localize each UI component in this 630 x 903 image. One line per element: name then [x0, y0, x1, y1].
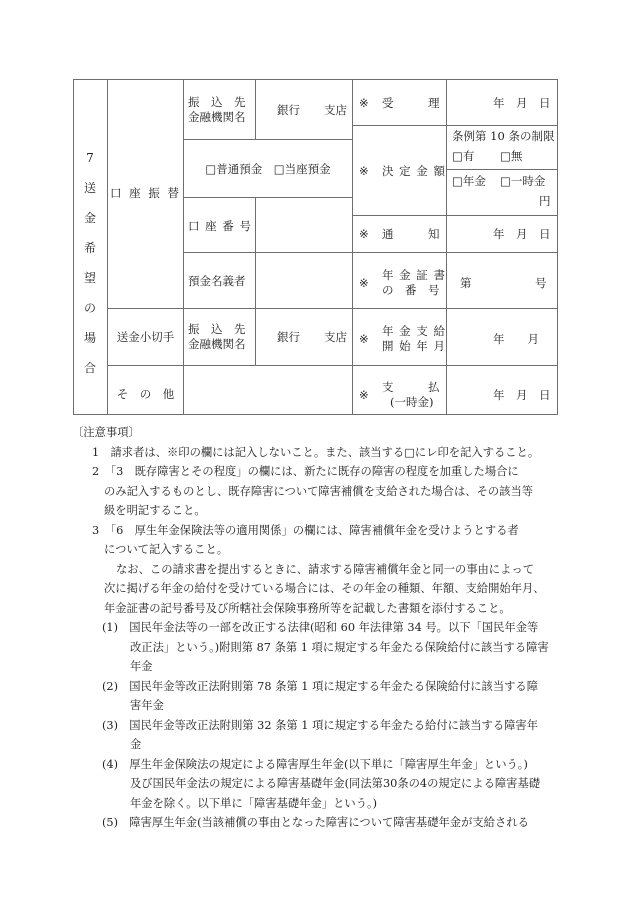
shikyu-date-field[interactable]: 年 月 — [493, 332, 539, 346]
juri-date-field[interactable]: 年 月 日 — [493, 96, 551, 110]
label-char: 合 — [80, 353, 100, 383]
koza-furikae-label: 口 座 振 替 — [108, 186, 183, 200]
label-char: の — [80, 293, 100, 323]
kogitte-shiten-label: 支店 — [324, 330, 347, 344]
note-line: について記入すること。 — [78, 540, 558, 560]
row-divider — [352, 365, 558, 366]
note-line: (5) 障害厚生年金(当該補償の事由となった障害について障害基礎年金が支給される — [78, 813, 558, 833]
row-divider — [352, 308, 558, 309]
table-border-bottom — [73, 414, 558, 415]
notes-heading: 〔注意事項〕 — [72, 423, 558, 443]
sonota-label: そ の 他 — [108, 387, 183, 401]
col-divider — [255, 79, 256, 139]
shosho-bango-line1: 年 金 証 書 — [382, 268, 446, 282]
kettei-kingaku-label: 決 定 金 額 — [382, 164, 446, 178]
nashi-checkbox[interactable]: □無 — [500, 149, 522, 163]
document-page: 7 送 金 希 望 の 場 合 口 座 振 替 送金小切手 そ の 他 振 込 … — [0, 0, 630, 903]
note-line: 2 「3 既存障害とその程度」の欄には、新たに既存の障害の程度を加重した場合に — [78, 462, 558, 482]
label-char: 望 — [80, 263, 100, 293]
shiharai-line1: 支 払 — [382, 380, 440, 394]
shiharai-line2: (一時金) — [390, 395, 433, 409]
note-line: (2) 国民年金等改正法附則第 78 条第 1 項に規定する年金たる保険給付に該… — [78, 677, 558, 697]
row-divider — [352, 215, 558, 216]
row-divider — [352, 252, 558, 253]
note-line: 年金を除く。以下単に「障害基礎年金」という。) — [78, 794, 558, 814]
note-line: 級を明記すること。 — [78, 501, 558, 521]
nenkin-checkbox[interactable]: □年金 — [452, 174, 486, 188]
mark-icon: ※ — [359, 96, 369, 110]
jorei-seigen-label: 条例第 10 条の制限 — [452, 129, 554, 143]
section-7-label: 7 送 金 希 望 の 場 合 — [80, 143, 100, 383]
table-border-left — [73, 79, 74, 415]
label-char: 送 — [80, 173, 100, 203]
label-char: 7 — [80, 143, 100, 173]
kogitte-furikomisaki-line2: 金融機関名 — [188, 337, 246, 351]
yen-label: 円 — [539, 194, 551, 208]
shiharai-date-field[interactable]: 年 月 日 — [493, 388, 551, 402]
note-line: (4) 厚生年金保険法の規定による障害厚生年金(以下単に「障害厚生年金」という。… — [78, 755, 558, 775]
note-line: 及び国民年金法の規定による障害基礎年金(同法第30条の4の規定による障害基礎 — [78, 774, 558, 794]
yokin-meigi-label: 預金名義者 — [188, 274, 246, 288]
ichijikin-checkbox[interactable]: □一時金 — [500, 174, 545, 188]
yokin-type-checkboxes[interactable]: □普通預金 □当座預金 — [184, 162, 352, 176]
row-divider — [107, 308, 353, 309]
note-line: 3 「6 厚生年金保険法等の適用関係」の欄には、障害補償年金を受けようとする者 — [78, 521, 558, 541]
note-line: 金 — [78, 735, 558, 755]
shikyu-kaishi-line2: 開 始 年 月 — [382, 339, 446, 353]
shiten-label: 支店 — [324, 103, 347, 117]
dai-label: 第 — [460, 276, 472, 290]
mark-icon: ※ — [359, 276, 369, 290]
furikomisaki-label-line1: 振 込 先 — [188, 95, 246, 109]
yokin-meigi-field[interactable] — [256, 253, 352, 308]
tsuchi-date-field[interactable]: 年 月 日 — [493, 227, 551, 241]
mark-icon: ※ — [359, 164, 369, 178]
koza-bango-field[interactable] — [256, 198, 352, 252]
kogitte-ginko-label: 銀行 — [277, 330, 300, 344]
mark-icon: ※ — [359, 227, 369, 241]
note-line: 害年金 — [78, 696, 558, 716]
row-divider — [446, 169, 558, 170]
note-line: 年金証書の記号番号及び所轄社会保険事務所等を記載した書類を添付すること。 — [78, 599, 558, 619]
note-line: なお、この請求書を提出するときに、請求する障害補償年金と同一の事由によって — [78, 560, 558, 580]
sonota-field[interactable] — [184, 366, 352, 414]
label-char: 場 — [80, 323, 100, 353]
koza-bango-label: 口 座 番 号 — [188, 219, 252, 233]
note-line: のみ記入するものとし、既存障害について障害補償を支給された場合は、その該当等 — [78, 482, 558, 502]
label-char: 希 — [80, 233, 100, 263]
ari-checkbox[interactable]: □有 — [452, 149, 474, 163]
go-label: 号 — [535, 276, 547, 290]
juri-label: 受 理 — [382, 96, 440, 110]
shosho-bango-line2: の 番 号 — [382, 283, 440, 297]
row-divider — [183, 139, 353, 140]
kogitte-furikomisaki-line1: 振 込 先 — [188, 322, 246, 336]
note-line: (1) 国民年金法等の一部を改正する法律(昭和 60 年法律第 34 号。以下「… — [78, 618, 558, 638]
shikyu-kaishi-line1: 年 金 支 給 — [382, 324, 446, 338]
label-char: 金 — [80, 203, 100, 233]
sokin-kogitte-label: 送金小切手 — [108, 330, 183, 344]
mark-icon: ※ — [359, 388, 369, 402]
note-line: 年金 — [78, 657, 558, 677]
tsuchi-label: 通 知 — [382, 227, 440, 241]
furikomisaki-label-line2: 金融機関名 — [188, 110, 246, 124]
note-line: (3) 国民年金等改正法附則第 32 条第 1 項に規定する年金たる給付に該当す… — [78, 716, 558, 736]
notes-section: 〔注意事項〕 1 請求者は、※印の欄には記入しないこと。また、該当する□にレ印を… — [78, 423, 558, 833]
note-line: 改正法」という。)附則第 87 条第 1 項に規定する年金たる保険給付に該当する… — [78, 638, 558, 658]
ginko-label: 銀行 — [277, 103, 300, 117]
mark-icon: ※ — [359, 332, 369, 346]
row-divider — [352, 125, 558, 126]
note-line: 次に掲げる年金の給付を受けている場合には、その年金の種類、年額、支給開始年月、 — [78, 579, 558, 599]
table-border-top — [73, 79, 558, 80]
note-line: 1 請求者は、※印の欄には記入しないこと。また、該当する□にレ印を記入すること。 — [78, 443, 558, 463]
